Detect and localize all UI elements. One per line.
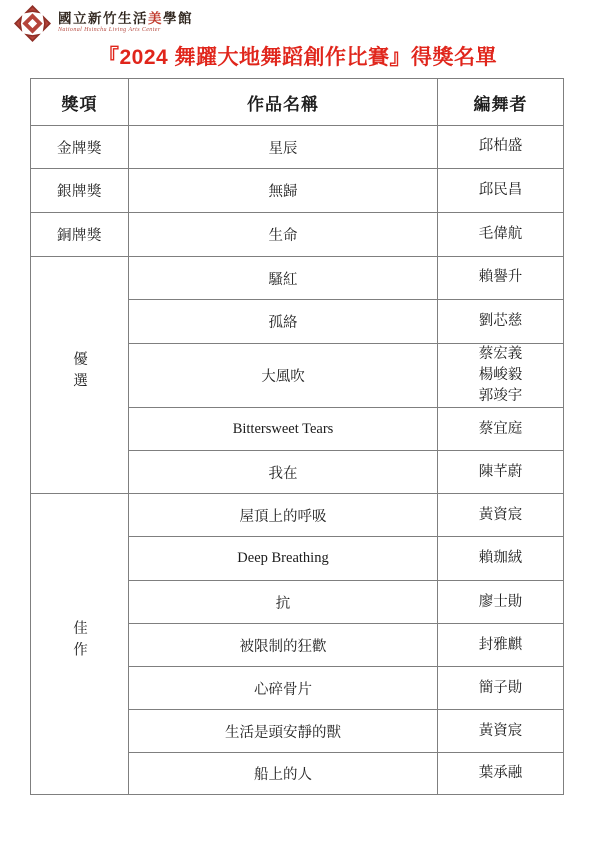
work-cell: 生命	[129, 213, 438, 257]
work-cell: 屋頂上的呼吸	[129, 494, 438, 537]
award-cell-merit: 優選	[31, 257, 129, 494]
choreographer-cell: 邱民昌	[438, 169, 564, 213]
org-logo-text: 國立新竹生活美學館 National Hsinchu Living Arts C…	[58, 12, 193, 33]
choreographer-cell: 葉承融	[438, 753, 564, 795]
choreographer-cell: 黃資宸	[438, 494, 564, 537]
org-name-suffix: 學館	[163, 11, 193, 26]
org-name-prefix: 國立新竹生活	[58, 11, 148, 26]
work-cell: 星辰	[129, 126, 438, 169]
table-row: 金牌獎 星辰 邱柏盛	[31, 126, 564, 169]
table-header-row: 獎項 作品名稱 編舞者	[31, 79, 564, 126]
header-work: 作品名稱	[129, 79, 438, 126]
org-name-english: National Hsinchu Living Arts Center	[58, 27, 193, 33]
org-logo: 國立新竹生活美學館 National Hsinchu Living Arts C…	[14, 5, 193, 42]
award-label-vertical: 優選	[69, 351, 90, 394]
choreographer-cell: 簡子勛	[438, 667, 564, 710]
org-logo-icon	[14, 5, 51, 42]
choreographer-cell: 蔡宏義 楊峻毅 郭竣宇	[438, 344, 564, 408]
work-cell: 抗	[129, 581, 438, 624]
choreographer-cell: 毛偉航	[438, 213, 564, 257]
table-row: 銅牌獎 生命 毛偉航	[31, 213, 564, 257]
work-cell: 大風吹	[129, 344, 438, 408]
award-label-vertical: 佳作	[69, 620, 90, 663]
choreographer-cell: 劉芯慈	[438, 300, 564, 344]
header-choreographer: 編舞者	[438, 79, 564, 126]
choreographer-cell: 陳芊蔚	[438, 451, 564, 494]
awards-table: 獎項 作品名稱 編舞者 金牌獎 星辰 邱柏盛 銀牌獎 無歸 邱民昌 銅牌獎 生命…	[30, 78, 564, 795]
header-award: 獎項	[31, 79, 129, 126]
work-cell: 被限制的狂歡	[129, 624, 438, 667]
choreographer-cell: 廖士勛	[438, 581, 564, 624]
document-page: 國立新竹生活美學館 National Hsinchu Living Arts C…	[0, 0, 595, 841]
page-title: 『2024 舞躍大地舞蹈創作比賽』得獎名單	[0, 41, 595, 71]
org-name-highlight: 美	[148, 11, 163, 26]
choreographer-cell: 賴譽升	[438, 257, 564, 300]
choreographer-cell: 賴珈絨	[438, 537, 564, 581]
table-row: 佳作 屋頂上的呼吸 黃資宸	[31, 494, 564, 537]
table-row: 優選 騷紅 賴譽升	[31, 257, 564, 300]
award-cell-silver: 銀牌獎	[31, 169, 129, 213]
work-cell: Bittersweet Tears	[129, 408, 438, 451]
work-cell: 騷紅	[129, 257, 438, 300]
work-cell: 我在	[129, 451, 438, 494]
org-name: 國立新竹生活美學館	[58, 12, 193, 26]
choreographer-cell: 蔡宜庭	[438, 408, 564, 451]
work-cell: Deep Breathing	[129, 537, 438, 581]
work-cell: 船上的人	[129, 753, 438, 795]
award-cell-gold: 金牌獎	[31, 126, 129, 169]
award-cell-bronze: 銅牌獎	[31, 213, 129, 257]
table-row: 銀牌獎 無歸 邱民昌	[31, 169, 564, 213]
work-cell: 生活是頭安靜的獸	[129, 710, 438, 753]
work-cell: 心碎骨片	[129, 667, 438, 710]
choreographer-cell: 封雅麒	[438, 624, 564, 667]
award-cell-honorable-mention: 佳作	[31, 494, 129, 795]
choreographer-cell: 黃資宸	[438, 710, 564, 753]
choreographer-cell: 邱柏盛	[438, 126, 564, 169]
work-cell: 無歸	[129, 169, 438, 213]
work-cell: 孤絡	[129, 300, 438, 344]
